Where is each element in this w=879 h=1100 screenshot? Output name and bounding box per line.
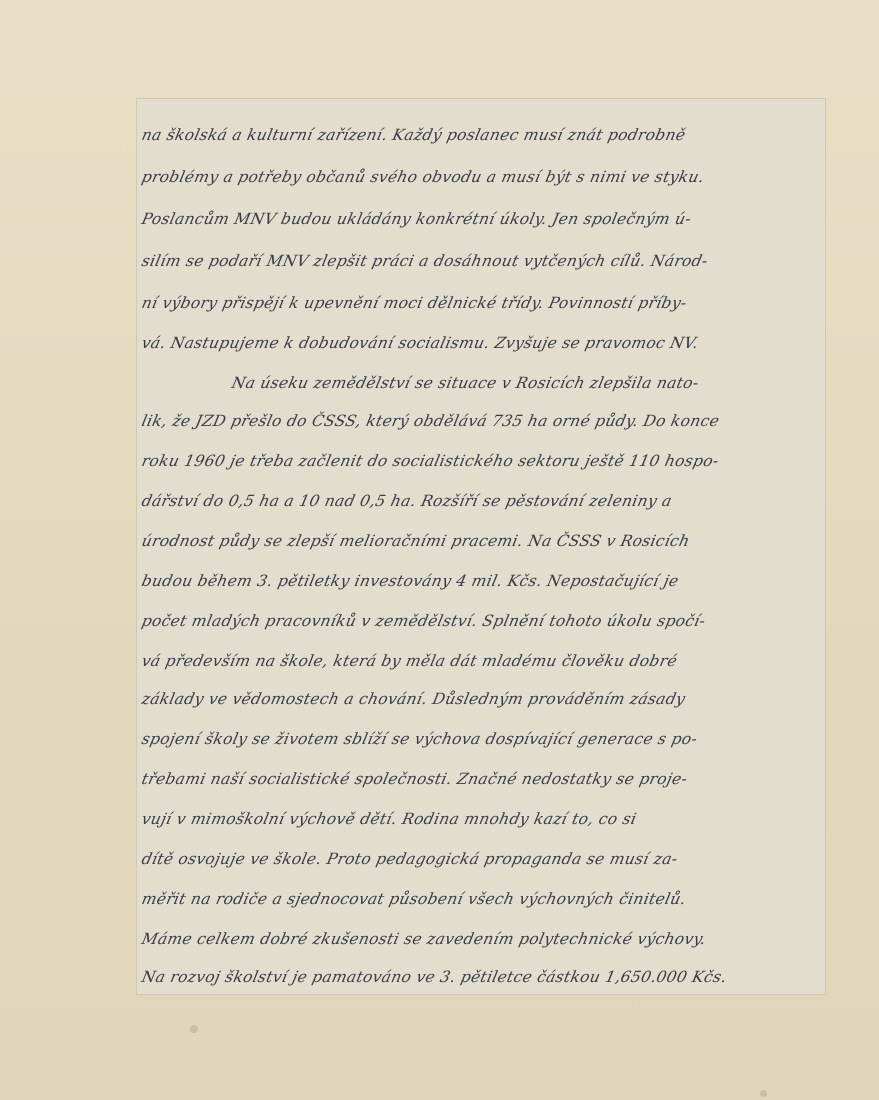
text-line: Poslancům MNV budou ukládány konkrétní ú… [140,210,693,228]
text-line: na školská a kulturní zařízení. Každý po… [140,126,687,144]
text-line: problémy a potřeby občanů svého obvodu a… [140,168,706,186]
text-line: vují v mimoškolní výchově dětí. Rodina m… [140,810,638,828]
paper-stain [760,1090,767,1097]
text-line: základy ve vědomostech a chování. Důsled… [140,690,687,708]
paper-stain [190,1025,198,1033]
text-line: dářství do 0,5 ha a 10 nad 0,5 ha. Rozší… [140,492,674,510]
text-line: roku 1960 je třeba začlenit do socialist… [140,452,720,470]
text-line: Na rozvoj školství je pamatováno ve 3. p… [140,968,729,986]
text-line: vá. Nastupujeme k dobudování socialismu.… [140,334,700,352]
text-line: dítě osvojuje ve škole. Proto pedagogick… [140,850,679,868]
text-line: měřit na rodiče a sjednocovat působení v… [140,890,688,908]
text-line: vá především na škole, která by měla dát… [140,652,679,670]
text-line: budou během 3. pětiletky investovány 4 m… [140,572,680,590]
text-line: Máme celkem dobré zkušenosti se zavedení… [140,930,708,948]
text-line: ní výbory přispějí k upevnění moci dělni… [140,294,688,312]
text-line: třebami naší socialistické společnosti. … [140,770,689,788]
text-line: počet mladých pracovníků v zemědělství. … [140,612,707,630]
text-line: úrodnost půdy se zlepší melioračními pra… [140,532,691,550]
text-line: spojení školy se životem sblíží se výcho… [140,730,699,748]
text-line: lik, že JZD přešlo do ČSSS, který obdělá… [140,412,721,430]
text-line: silím se podaří MNV zlepšit práci a dosá… [140,252,710,270]
text-line-paragraph-start: Na úseku zemědělství se situace v Rosicí… [230,374,700,392]
